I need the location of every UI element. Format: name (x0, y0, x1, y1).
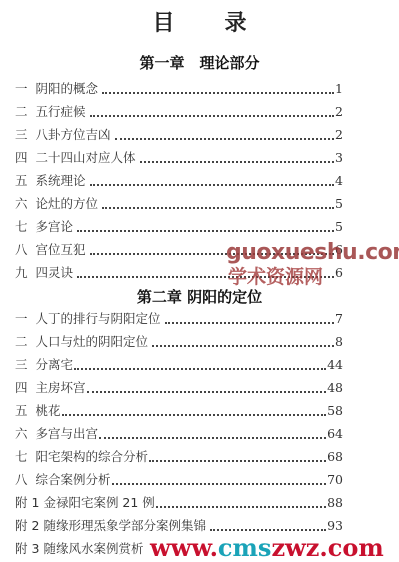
entry-page: 5 (335, 218, 343, 236)
dot-leader (112, 483, 327, 485)
entry-number: 一 (15, 310, 28, 328)
entry-label: 阳宅架构的综合分析 (36, 448, 149, 466)
toc-entry[interactable]: 二 人口与灶的阴阳定位 8 (15, 333, 343, 351)
entry-number: 八 (15, 241, 28, 259)
watermark-www: www. (150, 533, 218, 562)
entry-page: 7 (335, 310, 343, 328)
toc-entry[interactable]: 三 分离宅 44 (15, 356, 343, 374)
chapter-heading-2: 第二章 阴阳的定位 (0, 286, 399, 307)
entry-label: 人口与灶的阴阳定位 (36, 333, 149, 351)
watermark-cms: cms (218, 533, 272, 562)
toc-entry[interactable]: 三 八卦方位吉凶 2 (15, 126, 343, 144)
dot-leader (62, 414, 327, 416)
toc-entry[interactable]: 四 二十四山对应人体 3 (15, 149, 343, 167)
dot-leader (156, 506, 326, 508)
entry-number: 四 (15, 379, 28, 397)
entry-page: 88 (327, 494, 343, 512)
entry-page: 3 (335, 149, 343, 167)
dot-leader (87, 391, 327, 393)
entry-page: 70 (327, 471, 343, 489)
entry-label: 八卦方位吉凶 (36, 126, 111, 144)
entry-label: 论灶的方位 (36, 195, 99, 213)
dot-leader (149, 460, 326, 462)
entry-page: 2 (335, 103, 343, 121)
entry-label: 桃花 (36, 402, 61, 420)
dot-leader (102, 92, 334, 94)
entry-page: 4 (335, 172, 343, 190)
entry-number: 附 2 (15, 517, 39, 535)
entry-number: 九 (15, 264, 28, 282)
toc-entry[interactable]: 二 五行症候 2 (15, 103, 343, 121)
toc-entry[interactable]: 六 论灶的方位 5 (15, 195, 343, 213)
entry-page: 1 (335, 80, 343, 98)
entry-label: 五行症候 (36, 103, 86, 121)
entry-number: 七 (15, 448, 28, 466)
dot-leader (210, 529, 326, 531)
entry-label: 分离宅 (36, 356, 74, 374)
watermark-xueshu-cn: 学术资源网 (228, 262, 323, 289)
toc-entry[interactable]: 一 人丁的排行与阴阳定位 7 (15, 310, 343, 328)
dot-leader (115, 138, 335, 140)
entry-number: 三 (15, 356, 28, 374)
entry-page: 6 (335, 264, 343, 282)
entry-page: 5 (335, 195, 343, 213)
title-char-right: 录 (225, 6, 247, 37)
entry-page: 64 (327, 425, 343, 443)
title-char-left: 目 (152, 6, 174, 37)
entry-label: 随缘风水案例赏析 (43, 540, 143, 558)
entry-label: 宫位互犯 (36, 241, 86, 259)
dot-leader (90, 184, 335, 186)
entry-label: 综合案例分析 (36, 471, 111, 489)
toc-entry[interactable]: 四 主房坏宫 48 (15, 379, 343, 397)
entry-label: 阴阳的概念 (36, 80, 99, 98)
entry-number: 五 (15, 402, 28, 420)
toc-entry[interactable]: 七 多宫论 5 (15, 218, 343, 236)
entry-number: 六 (15, 195, 28, 213)
entry-number: 七 (15, 218, 28, 236)
toc-entry[interactable]: 八 综合案例分析 70 (15, 471, 343, 489)
entry-number: 二 (15, 103, 28, 121)
entry-page: 58 (327, 402, 343, 420)
entry-page: 68 (327, 448, 343, 466)
entry-number: 五 (15, 172, 28, 190)
entry-page: 48 (327, 379, 343, 397)
entry-number: 三 (15, 126, 28, 144)
entry-label: 人丁的排行与阴阳定位 (36, 310, 161, 328)
entry-number: 附 3 (15, 540, 39, 558)
watermark-zwz: zwz (271, 533, 319, 562)
entry-label: 多宫与出宫 (36, 425, 99, 443)
watermark-cmszwz: www.cmszwz.com (150, 533, 384, 562)
chapter-heading-1: 第一章 理论部分 (0, 52, 399, 73)
dot-leader (140, 161, 335, 163)
entry-number: 附 1 (15, 494, 39, 512)
toc-entry[interactable]: 六 多宫与出宫 64 (15, 425, 343, 443)
entry-number: 一 (15, 80, 28, 98)
dot-leader (152, 345, 334, 347)
dot-leader (74, 368, 326, 370)
watermark-com: .com (319, 533, 383, 562)
dot-leader (102, 207, 334, 209)
toc-entry[interactable]: 七 阳宅架构的综合分析 68 (15, 448, 343, 466)
entry-page: 44 (327, 356, 343, 374)
entry-number: 二 (15, 333, 28, 351)
entry-label: 金禄阳宅案例 21 例 (43, 494, 154, 512)
entry-number: 六 (15, 425, 28, 443)
dot-leader (99, 437, 326, 439)
dot-leader (90, 115, 335, 117)
page-title: 目录 (0, 6, 399, 37)
dot-leader (165, 322, 335, 324)
toc-entry[interactable]: 五 系统理论 4 (15, 172, 343, 190)
entry-number: 八 (15, 471, 28, 489)
entry-label: 二十四山对应人体 (36, 149, 136, 167)
dot-leader (77, 230, 334, 232)
entry-label: 主房坏宫 (36, 379, 86, 397)
entry-label: 多宫论 (36, 218, 74, 236)
toc-entry[interactable]: 五 桃花 58 (15, 402, 343, 420)
toc-entry[interactable]: 一 阴阳的概念 1 (15, 80, 343, 98)
entry-number: 四 (15, 149, 28, 167)
entry-page: 2 (335, 126, 343, 144)
entry-label: 系统理论 (36, 172, 86, 190)
toc-entry[interactable]: 附 1 金禄阳宅案例 21 例 88 (15, 494, 343, 512)
entry-page: 8 (335, 333, 343, 351)
entry-label: 四灵诀 (36, 264, 74, 282)
